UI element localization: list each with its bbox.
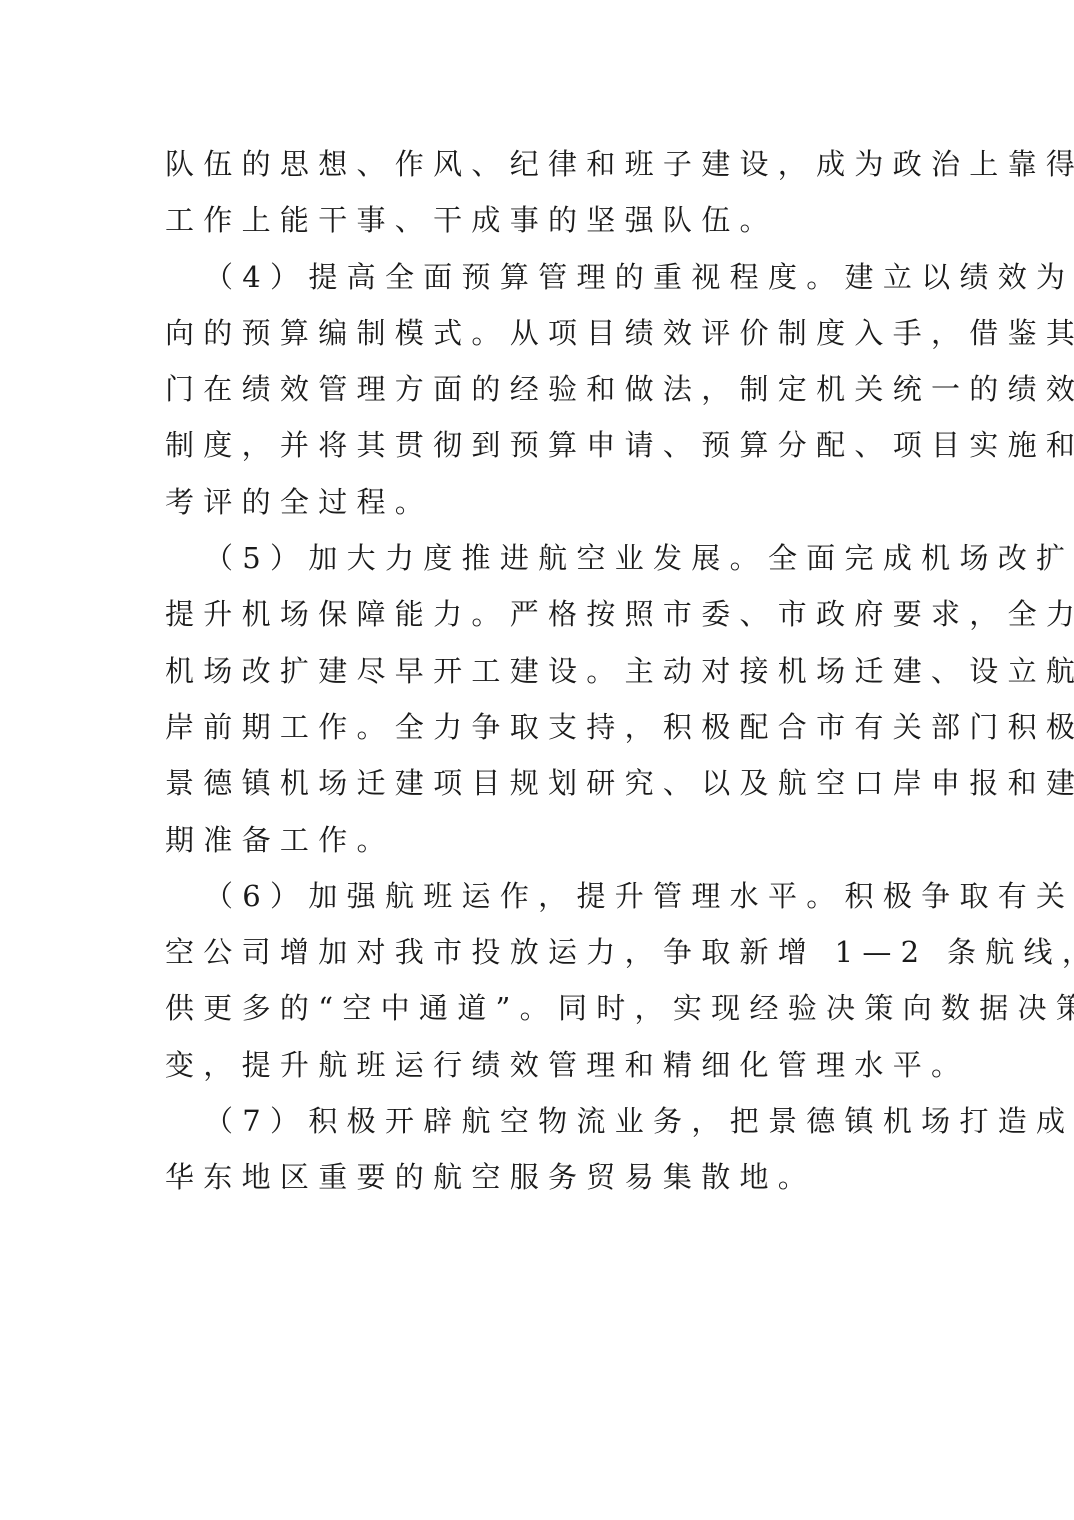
- text-line: 岸前期工作。全力争取支持，积极配合市有关部门积极做好: [165, 699, 925, 755]
- text-line: 考评的全过程。: [165, 474, 925, 530]
- text-line: 向的预算编制模式。从项目绩效评价制度入手，借鉴其他部: [165, 305, 925, 361]
- text-line: 变，提升航班运行绩效管理和精细化管理水平。: [165, 1037, 925, 1093]
- paragraph-7-air-logistics: （7）积极开辟航空物流业务，把景德镇机场打造成为 华东地区重要的航空服务贸易集散…: [165, 1093, 925, 1206]
- text-line: （5）加大力度推进航空业发展。全面完成机场改扩建，: [165, 530, 925, 586]
- paragraph-6-flight-operations: （6）加强航班运作，提升管理水平。积极争取有关航 空公司增加对我市投放运力，争取…: [165, 868, 925, 1093]
- text-line: （7）积极开辟航空物流业务，把景德镇机场打造成为: [165, 1093, 925, 1149]
- document-page: 队伍的思想、作风、纪律和班子建设，成为政治上靠得住、 工作上能干事、干成事的坚强…: [0, 0, 1074, 1520]
- text-line: （4）提高全面预算管理的重视程度。建立以绩效为导: [165, 249, 925, 305]
- text-line: 期准备工作。: [165, 812, 925, 868]
- text-line: 提升机场保障能力。严格按照市委、市政府要求，全力推进: [165, 586, 925, 642]
- paragraph-4-budget-management: （4）提高全面预算管理的重视程度。建立以绩效为导 向的预算编制模式。从项目绩效评…: [165, 249, 925, 530]
- text-line: 队伍的思想、作风、纪律和班子建设，成为政治上靠得住、: [165, 136, 925, 192]
- text-line: 供更多的“空中通道”。同时，实现经验决策向数据决策转: [165, 980, 925, 1036]
- text-line: 空公司增加对我市投放运力，争取新增 1—2 条航线，为提: [165, 924, 925, 980]
- text-line: 景德镇机场迁建项目规划研究、以及航空口岸申报和建设前: [165, 755, 925, 811]
- text-line: （6）加强航班运作，提升管理水平。积极争取有关航: [165, 868, 925, 924]
- paragraph-continued: 队伍的思想、作风、纪律和班子建设，成为政治上靠得住、 工作上能干事、干成事的坚强…: [165, 136, 925, 249]
- text-line: 制度，并将其贯彻到预算申请、预算分配、项目实施和绩效: [165, 417, 925, 473]
- text-line: 工作上能干事、干成事的坚强队伍。: [165, 192, 925, 248]
- paragraph-5-aviation-development: （5）加大力度推进航空业发展。全面完成机场改扩建， 提升机场保障能力。严格按照市…: [165, 530, 925, 868]
- text-line: 机场改扩建尽早开工建设。主动对接机场迁建、设立航空口: [165, 643, 925, 699]
- text-line: 华东地区重要的航空服务贸易集散地。: [165, 1149, 925, 1205]
- document-body: 队伍的思想、作风、纪律和班子建设，成为政治上靠得住、 工作上能干事、干成事的坚强…: [165, 136, 925, 1206]
- text-line: 门在绩效管理方面的经验和做法，制定机关统一的绩效考评: [165, 361, 925, 417]
